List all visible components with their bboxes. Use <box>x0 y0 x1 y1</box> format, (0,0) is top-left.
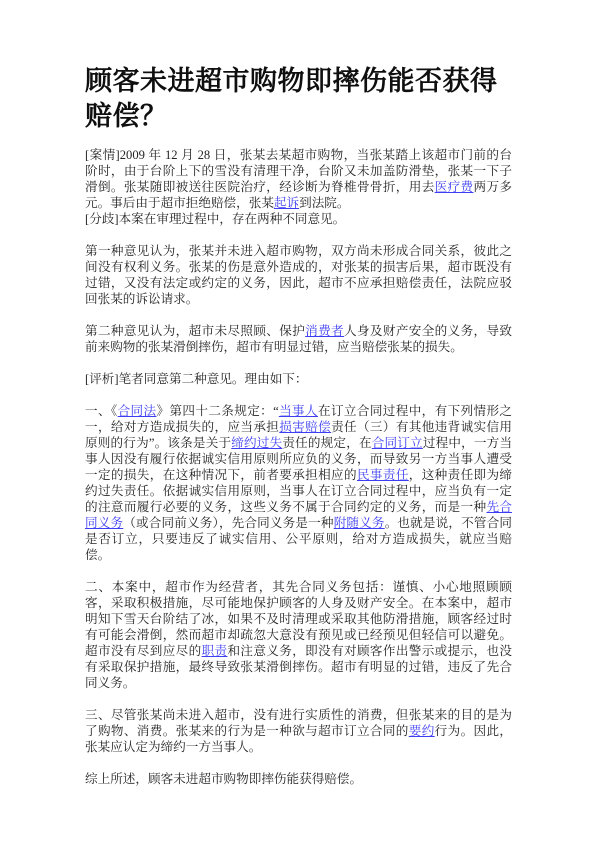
paragraph: 三、尽管张某尚未进入超市，没有进行实质性的消费，但张某来的目的是为了购物、消费。… <box>85 707 512 755</box>
text-run: 第二种意见认为，超市未尽照顾、保护 <box>85 324 305 338</box>
inline-link[interactable]: 消费者 <box>305 324 344 338</box>
text-run: [评析]笔者同意第二种意见。理由如下： <box>85 372 307 386</box>
inline-link[interactable]: 合同订立 <box>372 436 423 450</box>
paragraph: 综上所述，顾客未进超市购物即摔伤能获得赔偿。 <box>85 771 512 787</box>
text-run: 第一种意见认为，张某并未进入超市购物，双方尚未形成合同关系，彼此之间没有权利义务… <box>85 244 512 306</box>
inline-link[interactable]: 缔约过失 <box>231 436 282 450</box>
document-page: 顾客未进超市购物即摔伤能否获得赔偿？ [案情]2009 年 12 月 28 日，… <box>0 0 595 842</box>
inline-link[interactable]: 当事人 <box>279 404 318 418</box>
paragraph: 一、《合同法》第四十二条规定：“当事人在订立合同过程中，有下列情形之一，给对方造… <box>85 403 512 563</box>
paragraph: 第二种意见认为，超市未尽照顾、保护消费者人身及财产安全的义务，导致前来购物的张某… <box>85 323 512 355</box>
inline-link[interactable]: 附随义务 <box>334 516 385 530</box>
text-run: 责任的规定，在 <box>282 436 371 450</box>
inline-link[interactable]: 医疗费 <box>435 180 474 194</box>
inline-link[interactable]: 合同法 <box>118 404 157 418</box>
paragraph: 第一种意见认为，张某并未进入超市购物，双方尚未形成合同关系，彼此之间没有权利义务… <box>85 243 512 307</box>
inline-link[interactable]: 要约 <box>409 724 435 738</box>
inline-link[interactable]: 起诉 <box>274 196 299 210</box>
text-run: 》第四十二条规定：“ <box>156 404 278 418</box>
paragraph: [案情]2009 年 12 月 28 日，张某去某超市购物，当张某踏上该超市门前… <box>85 147 512 211</box>
article-body: [案情]2009 年 12 月 28 日，张某去某超市购物，当张某踏上该超市门前… <box>85 147 512 787</box>
text-run: 综上所述，顾客未进超市购物即摔伤能获得赔偿。 <box>85 772 362 786</box>
paragraph: [评析]笔者同意第二种意见。理由如下： <box>85 371 512 387</box>
page-title: 顾客未进超市购物即摔伤能否获得赔偿？ <box>85 64 512 134</box>
paragraph: 二、本案中，超市作为经营者，其先合同义务包括：谨慎、小心地照顾顾客，采取积极措施… <box>85 579 512 691</box>
inline-link[interactable]: 职责 <box>202 644 228 658</box>
paragraph: [分歧]本案在审理过程中，存在两种不同意见。 <box>85 211 512 227</box>
text-run: 到法院。 <box>299 196 349 210</box>
inline-link[interactable]: 损害赔偿 <box>279 420 331 434</box>
text-run: （或合同前义务），先合同义务是一种 <box>123 516 333 530</box>
text-run: [分歧]本案在审理过程中，存在两种不同意见。 <box>85 212 345 226</box>
text-run: 一、《 <box>85 404 118 418</box>
inline-link[interactable]: 民事责任 <box>357 468 409 482</box>
